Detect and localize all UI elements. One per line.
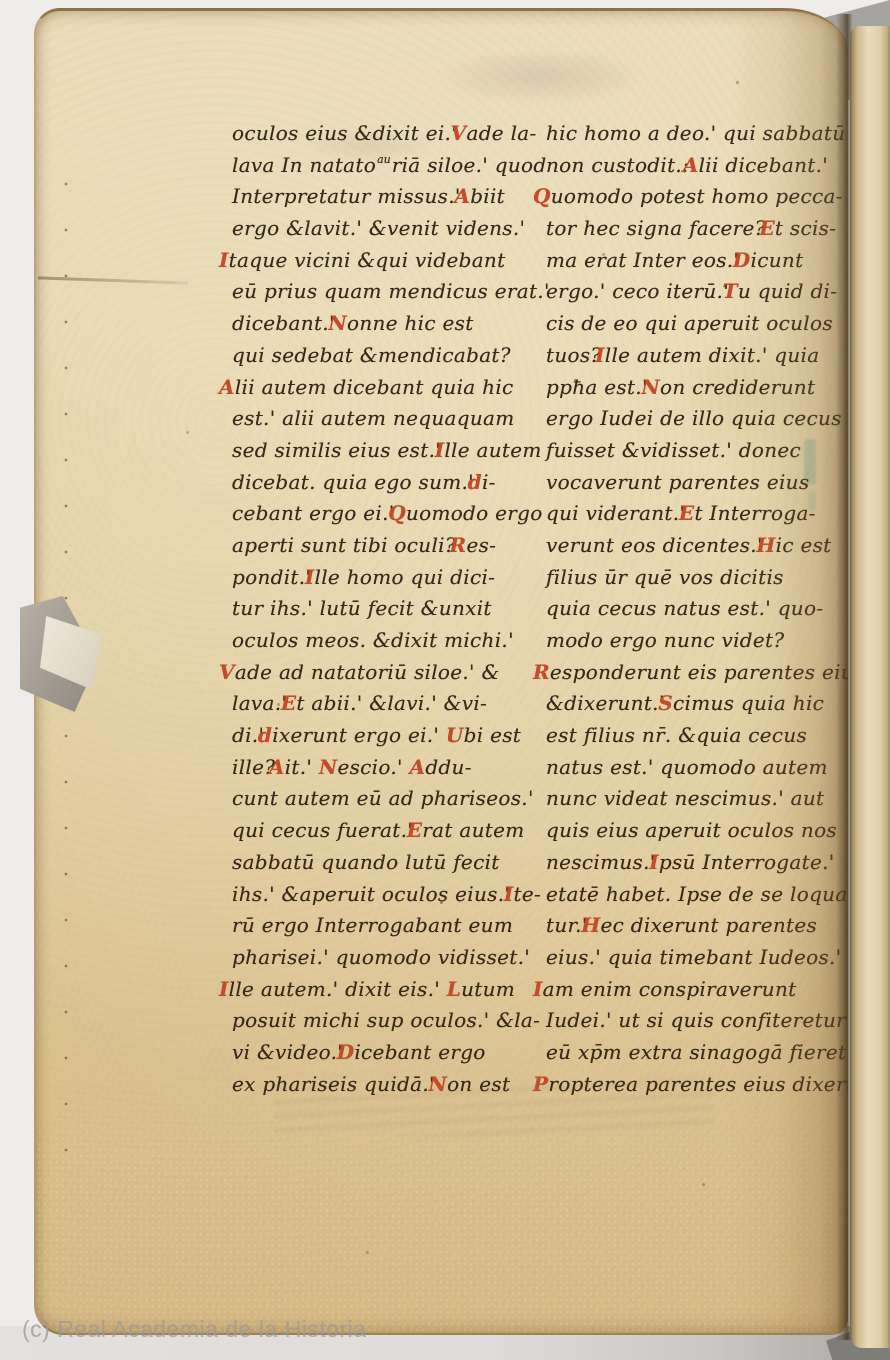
text-line: cunt autem eū ad phariseos.' — [232, 786, 530, 818]
text-line: Vade ad natatoriū siloe.' & — [232, 660, 530, 692]
text-line: Itaque vicini &qui videbant — [232, 248, 530, 280]
text-line: vi &video.' Dicebant ergo — [232, 1040, 530, 1072]
text-line: qui cecus fuerat.' Erat autem — [232, 818, 530, 850]
text-line: eius.' quia timebant Iudeos.' — [546, 945, 844, 977]
parchment-page: oculos eius &dixit ei.' Vade la-lava In … — [34, 8, 848, 1335]
text-line: pharisei.' quomodo vidisset.' — [232, 945, 530, 977]
text-line: non custodit.: Alii dicebant.' — [546, 153, 844, 185]
left-column: oculos eius &dixit ei.' Vade la-lava In … — [232, 121, 530, 1103]
text-line: oculos eius &dixit ei.' Vade la- — [232, 121, 530, 153]
copyright-watermark: (c) Real Academia de la Historia — [22, 1316, 367, 1343]
text-line: ergo &lavit.' &venit videns.' — [232, 216, 530, 248]
text-line: sabbatū quando lutū fecit — [232, 850, 530, 882]
text-line: Quomodo potest homo pecca- — [546, 184, 844, 216]
text-line: ex phariseis quidā.' Non est — [232, 1072, 530, 1104]
text-line: ergo Iudei de illo quia cecus — [546, 406, 844, 438]
manuscript-scan: oculos eius &dixit ei.' Vade la-lava In … — [0, 0, 890, 1360]
text-line: oculos meos. &dixit michi.' — [232, 628, 530, 660]
text-line: vocaverunt parentes eius — [546, 470, 844, 502]
text-line: &dixerunt.' Scimus quia hic — [546, 691, 844, 723]
right-column: hic homo a deo.' qui sabbatūnon custodit… — [546, 121, 844, 1103]
text-line: verunt eos dicentes.' Hic est — [546, 533, 844, 565]
text-line: Responderunt eis parentes eius — [546, 660, 844, 692]
text-line: hic homo a deo.' qui sabbatū — [546, 121, 844, 153]
text-line: tor hec signa facere? Et scis- — [546, 216, 844, 248]
text-line: quis eius aperuit oculos nos — [546, 818, 844, 850]
text-line: tur ihs.' lutū fecit &unxit — [232, 596, 530, 628]
text-line: natus est.' quomodo autem — [546, 755, 844, 787]
text-line: nunc videat nescimus.' aut — [546, 786, 844, 818]
text-line: dicebant.' Nonne hic est — [232, 311, 530, 343]
text-line: modo ergo nunc videt? — [546, 628, 844, 660]
gutter-shadow — [836, 14, 852, 1340]
text-line: ille? Ait.' Nescio.' Addu- — [232, 755, 530, 787]
text-line: qui sedebat &mendicabat? — [232, 343, 530, 375]
text-line: etatē habet. Ipse de se loqua- — [546, 882, 844, 914]
parchment-crease — [38, 276, 188, 284]
text-line: tur.' Hec dixerunt parentes — [546, 913, 844, 945]
text-line: Propterea parentes eius dixerunt.' — [546, 1072, 844, 1104]
text-line: est filius nr̄. &quia cecus — [546, 723, 844, 755]
text-line: ergo.' ceco iterū.' Tu quid di- — [546, 279, 844, 311]
ink-specks — [36, 11, 39, 14]
text-line: est.' alii autem nequaquam — [232, 406, 530, 438]
text-line: quia cecus natus est.' quo- — [546, 596, 844, 628]
text-line: Iudei.' ut si quis confiteretur — [546, 1008, 844, 1040]
text-line: di.' dixerunt ergo ei.' Ubi est — [232, 723, 530, 755]
text-line: dicebat. quia ego sum.' di- — [232, 470, 530, 502]
text-line: posuit michi sup oculos.' &la- — [232, 1008, 530, 1040]
text-line: ppħa est.' Non crediderunt — [546, 375, 844, 407]
adjacent-page-edge — [850, 26, 890, 1348]
text-line: eū prius quam mendicus erat.' — [232, 279, 530, 311]
text-line: cis de eo qui aperuit oculos — [546, 311, 844, 343]
ink-showthrough-stain — [436, 49, 646, 104]
text-line: rū ergo Interrogabant eum — [232, 913, 530, 945]
text-line: Alii autem dicebant quia hic — [232, 375, 530, 407]
text-line: ihs.' &aperuit oculos eius.' Ite- — [232, 882, 530, 914]
text-line: pondit.' Ille homo qui dici- — [232, 565, 530, 597]
text-line: Interpretatur missus.' Abiit — [232, 184, 530, 216]
text-line: filius ūr quē vos dicitis — [546, 565, 844, 597]
text-block: oculos eius &dixit ei.' Vade la-lava In … — [232, 121, 844, 1103]
text-line: nescimus.' Ipsū Interrogate.' — [546, 850, 844, 882]
text-line: eū xp̄m extra sinagogā fieret.' — [546, 1040, 844, 1072]
text-line: ma erat Inter eos.' Dicunt — [546, 248, 844, 280]
text-line: lava.' Et abii.' &lavi.' &vi- — [232, 691, 530, 723]
text-line: lava In natatoauriā siloe.' quod — [232, 153, 530, 185]
text-line: Ille autem.' dixit eis.' Lutum — [232, 977, 530, 1009]
text-line: sed similis eius est.' Ille autem — [232, 438, 530, 470]
text-line: cebant ergo ei.' Quomodo ergo — [232, 501, 530, 533]
text-line: qui viderant.' Et Interroga- — [546, 501, 844, 533]
text-line: tuos? Ille autem dixit.' quia — [546, 343, 844, 375]
text-line: Iam enim conspiraverunt — [546, 977, 844, 1009]
text-line: fuisset &vidisset.' donec — [546, 438, 844, 470]
text-line: aperti sunt tibi oculi? Res- — [232, 533, 530, 565]
